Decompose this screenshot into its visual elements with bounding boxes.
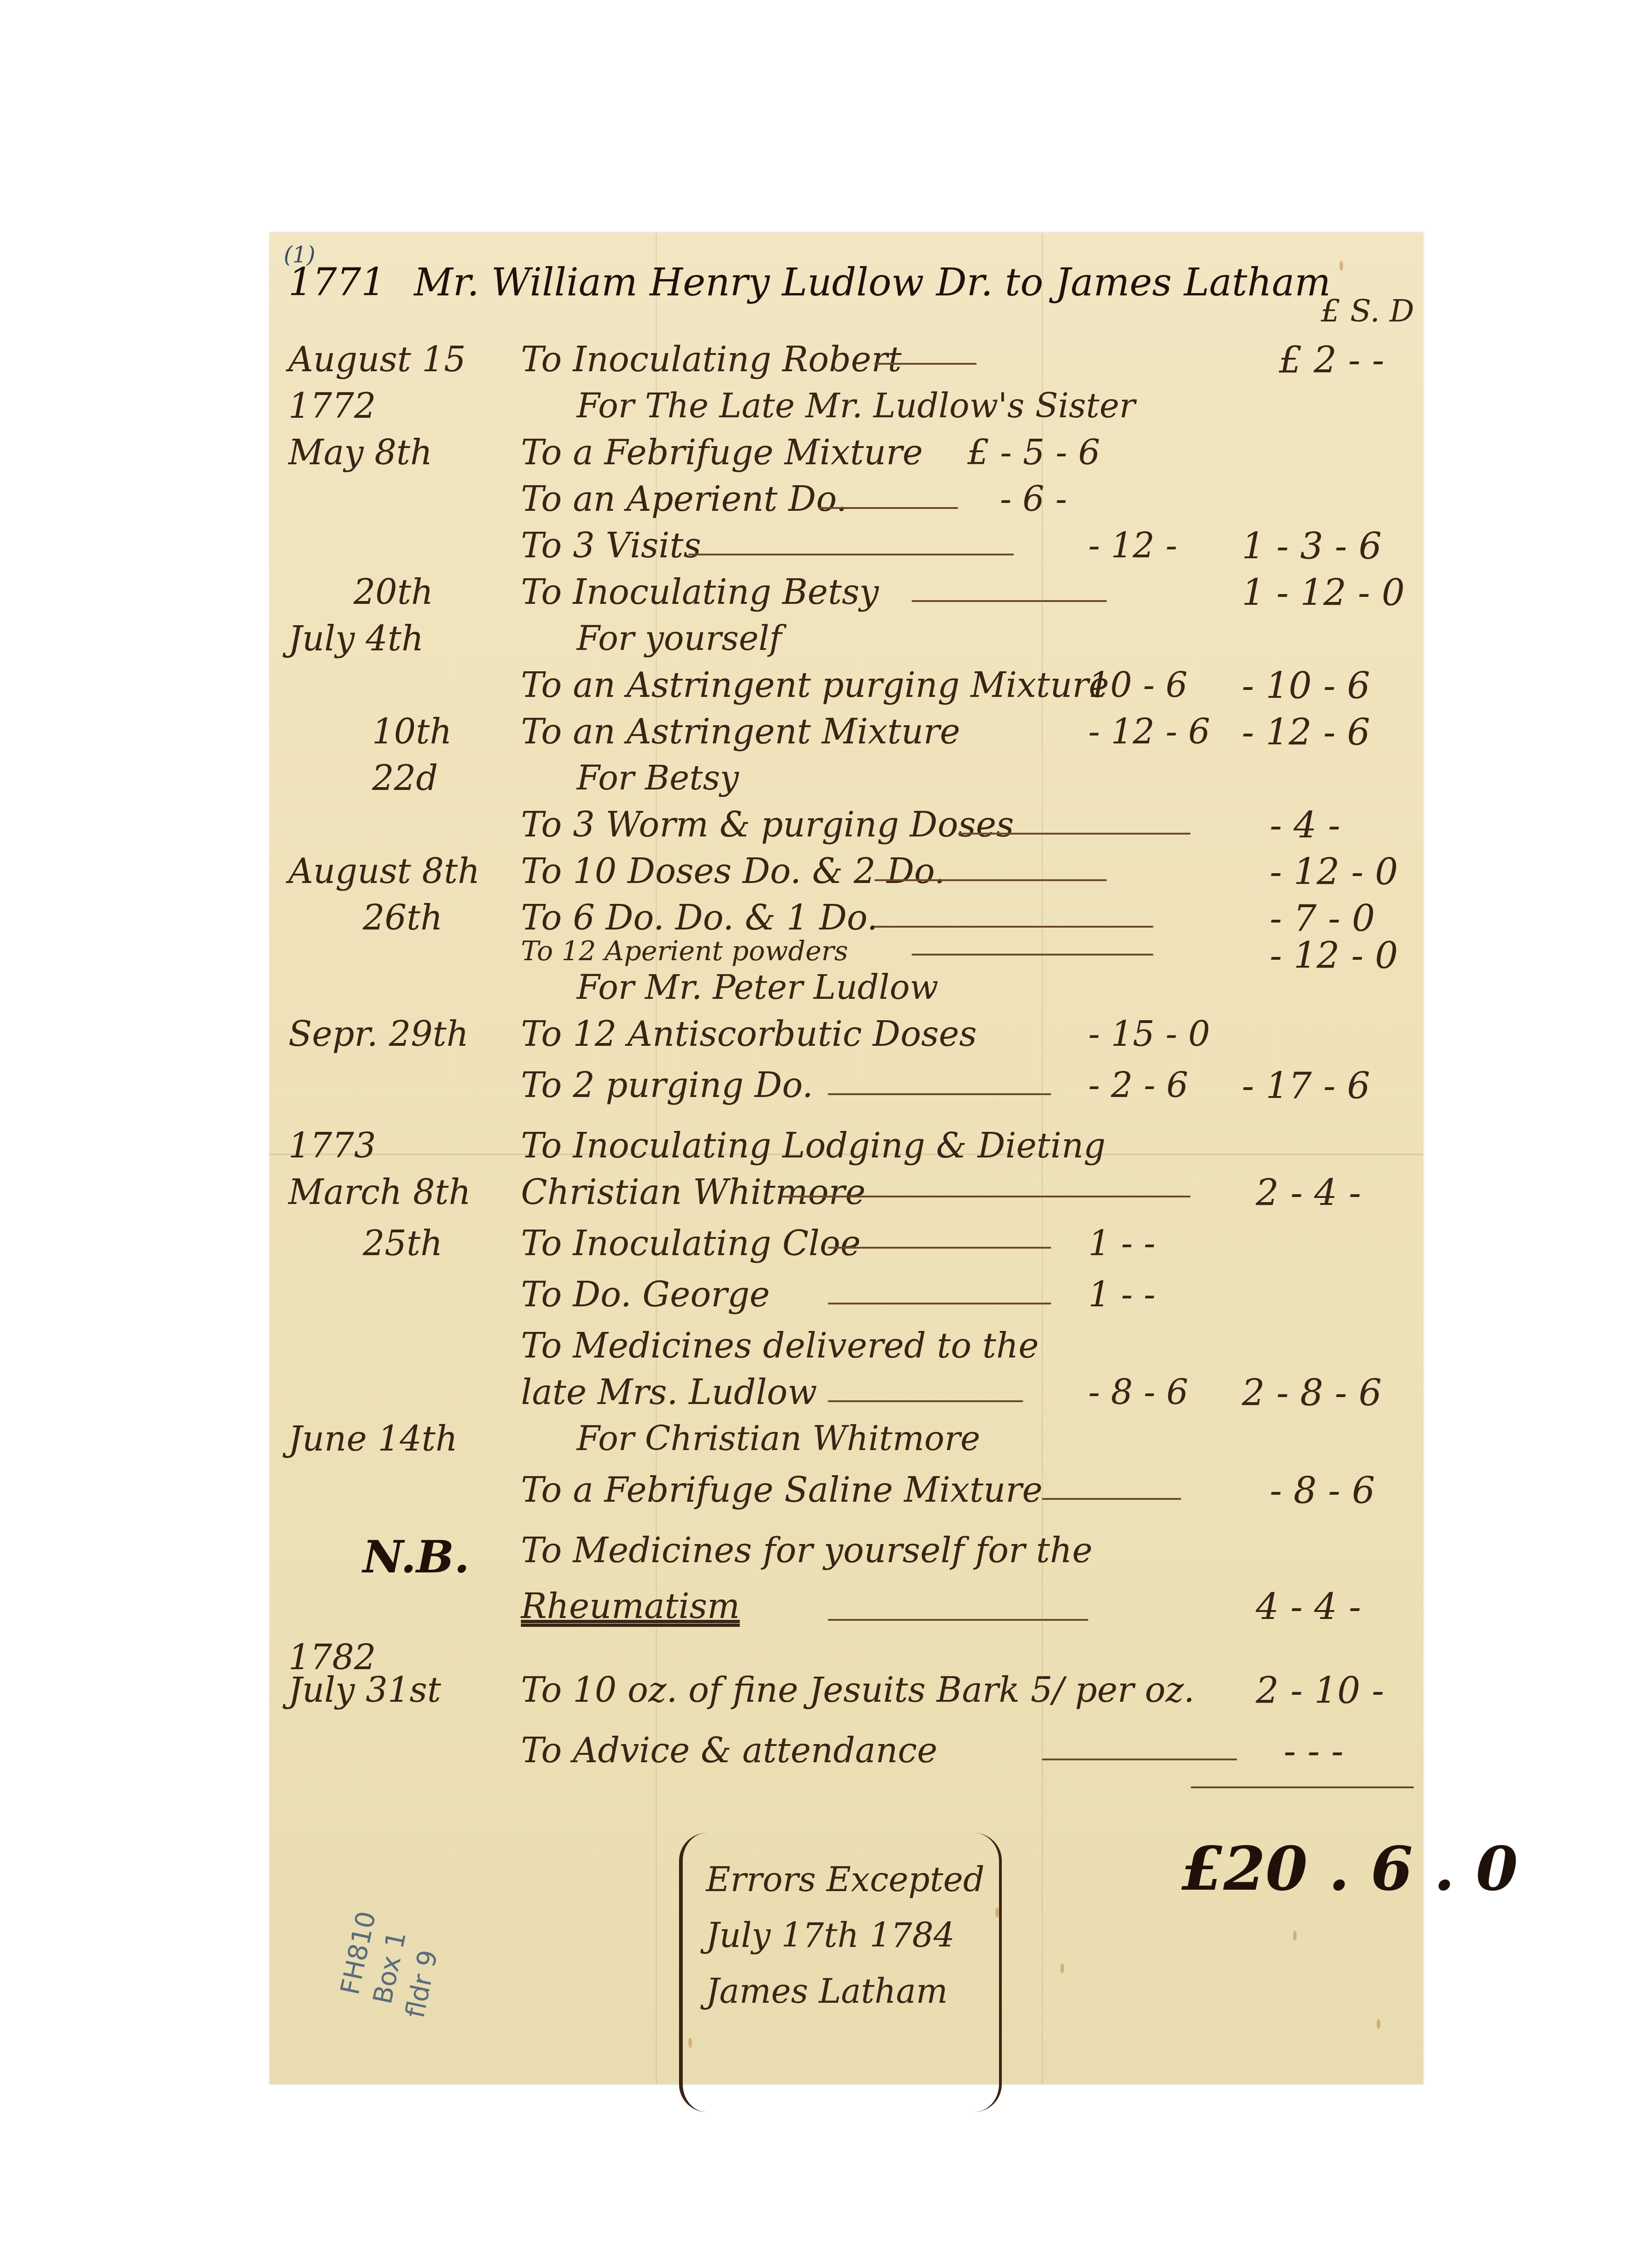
entry-description: To an Aperient Do. [521,479,847,519]
ledger-row: To 3 Worm & purging Doses - 4 - [270,805,1423,851]
leader-line [828,1619,1088,1621]
ledger-row: To Do. George 1 - - [270,1275,1423,1321]
leader-line [688,554,1014,555]
leader-line [828,1303,1051,1304]
entry-date: July 31st [288,1670,441,1710]
entry-amount: - 7 - 0 [1270,898,1375,940]
ledger-row: 20th To Inoculating Betsy 1 - 12 - 0 [270,572,1423,619]
ledger-row: N.B. To Medicines for yourself for the [270,1531,1423,1577]
entry-description: To 12 Aperient powders [521,935,848,967]
entry-subamount: - 12 - [1088,526,1177,566]
ledger-row: To 2 purging Do. - 2 - 6 - 17 - 6 [270,1065,1423,1112]
entry-description: late Mrs. Ludlow [521,1372,817,1412]
ledger-row: To a Febrifuge Saline Mixture - 8 - 6 [270,1470,1423,1517]
entry-description: Rheumatism [521,1586,740,1626]
entry-description: To 6 Do. Do. & 1 Do. [521,898,878,938]
receipt-errors-excepted: Errors Excepted [706,1852,976,1907]
entry-description: To Medicines delivered to the [521,1326,1039,1366]
entry-date: 1773 [288,1126,376,1166]
leader-line [1042,1759,1237,1760]
ledger-row: To an Aperient Do. - 6 - [270,479,1423,526]
entry-description: To Inoculating Betsy [521,572,879,612]
entry-date: Sepr. 29th [288,1014,469,1054]
entry-description: For yourself [577,619,782,658]
entry-date: 10th [372,712,452,752]
entry-description: To 3 Visits [521,526,701,566]
ledger-row: For Mr. Peter Ludlow [270,968,1423,1014]
ledger-row: late Mrs. Ludlow - 8 - 6 2 - 8 - 6 [270,1372,1423,1419]
entry-subamount: 1 - - [1088,1224,1155,1264]
entry-date: 1772 [288,386,376,426]
entry-date: 26th [363,898,443,938]
ledger-row: 22d For Betsy [270,758,1423,805]
entry-amount: - 10 - 6 [1242,665,1370,707]
entry-date: June 14th [288,1419,458,1459]
entry-description: For Mr. Peter Ludlow [577,968,939,1007]
entry-description: To an Astringent Mixture [521,712,960,752]
entry-amount: 2 - 10 - [1256,1670,1384,1712]
entry-date: May 8th [288,433,433,473]
entry-subamount: - 15 - 0 [1088,1014,1210,1054]
entry-description: To Advice & attendance [521,1731,938,1771]
leader-line [874,363,977,365]
ledger-row: June 14th For Christian Whitmore [270,1419,1423,1465]
entry-amount: £ 2 - - [1279,340,1384,381]
ledger-row: 1773 To Inoculating Lodging & Dieting [270,1126,1423,1172]
entry-amount: - 4 - [1270,805,1340,847]
entry-subamount: - 6 - [1000,479,1067,519]
entry-date: August 15 [288,340,466,380]
leader-line [874,926,1153,928]
entry-date: July 4th [288,619,424,659]
manuscript-page: (1) 1771 Mr. William Henry Ludlow Dr. to… [270,233,1423,2084]
entry-description: To a Febrifuge Mixture [521,433,923,473]
entry-description: Christian Whitmore [521,1172,866,1212]
foxing-spot [1377,2019,1380,2029]
ledger-row: July 4th For yourself [270,619,1423,665]
entry-description: To Medicines for yourself for the [521,1531,1092,1571]
leader-line [828,1247,1051,1249]
entry-description: To Inoculating Cloe [521,1224,861,1264]
entry-description: To Inoculating Lodging & Dieting [521,1126,1106,1166]
entry-amount: - 12 - 0 [1270,851,1398,893]
foxing-spot [1293,1931,1297,1941]
bill-total: £20 . 6 . 0 [1181,1833,1518,1904]
entry-description: For The Late Mr. Ludlow's Sister [577,386,1135,425]
receipt-block: Errors Excepted July 17th 1784 James Lat… [679,1833,1002,2112]
ledger-row: 1772 For The Late Mr. Ludlow's Sister [270,386,1423,433]
entry-amount: 1 - 3 - 6 [1242,526,1382,568]
entry-amount: - 8 - 6 [1270,1470,1375,1512]
header-year: 1771 [288,261,386,305]
leader-line [1042,1498,1181,1500]
entry-date: 20th [353,572,433,612]
entry-subamount: - 12 - 6 [1088,712,1210,752]
entry-amount: 1 - 12 - 0 [1242,572,1405,614]
ledger-row: Rheumatism 4 - 4 - [270,1586,1423,1633]
leader-line [828,1400,1023,1402]
entry-description: To Do. George [521,1275,770,1315]
entry-amount: - - - [1284,1731,1344,1772]
ledger-row: March 8th Christian Whitmore 2 - 4 - [270,1172,1423,1219]
entry-description: To 10 Doses Do. & 2 Do. [521,851,945,891]
entry-date: August 8th [288,851,480,891]
entry-description: For Christian Whitmore [577,1419,980,1458]
currency-header: £ S. D [1321,293,1414,329]
entry-date: 22d [372,758,438,798]
entry-description: To a Febrifuge Saline Mixture [521,1470,1042,1510]
entry-description: For Betsy [577,758,739,797]
ledger-row: To Medicines delivered to the [270,1326,1423,1372]
ledger-row: August 15 To Inoculating Robert £ 2 - - [270,340,1423,386]
ledger-row: To an Astringent purging Mixture 10 - 6 … [270,665,1423,712]
document-header: (1) 1771 Mr. William Henry Ludlow Dr. to… [270,233,1423,298]
ledger-row: 10th To an Astringent Mixture - 12 - 6 -… [270,712,1423,758]
leader-line [912,600,1107,602]
entry-subamount: 10 - 6 [1088,665,1187,705]
entry-date: 25th [363,1224,443,1264]
ledger-row: July 31st To 10 oz. of fine Jesuits Bark… [270,1670,1423,1717]
receipt-signature: James Latham [706,1963,976,2019]
entry-subamount: - 2 - 6 [1088,1065,1188,1105]
leader-line [828,1093,1051,1095]
leader-line [912,954,1153,956]
entry-amount: 4 - 4 - [1256,1586,1361,1628]
total-rule [1191,1786,1414,1788]
header-title: Mr. William Henry Ludlow Dr. to James La… [414,261,1331,305]
ledger-row: 25th To Inoculating Cloe 1 - - [270,1224,1423,1270]
entry-amount: - 17 - 6 [1242,1065,1370,1107]
entry-description: To 12 Antiscorbutic Doses [521,1014,977,1054]
entry-subamount: £ - 5 - 6 [967,433,1100,473]
receipt-date: July 17th 1784 [706,1907,976,1963]
leader-line [819,507,958,509]
entry-description: To 2 purging Do. [521,1065,813,1105]
ledger-row: To 3 Visits - 12 - 1 - 3 - 6 [270,526,1423,572]
entry-subamount: - 8 - 6 [1088,1372,1188,1412]
entry-subamount: 1 - - [1088,1275,1155,1315]
foxing-spot [1060,1963,1064,1973]
entry-description: To Inoculating Robert [521,340,902,380]
ledger-row: August 8th To 10 Doses Do. & 2 Do. - 12 … [270,851,1423,898]
entry-amount: - 12 - 6 [1242,712,1370,754]
leader-line [958,833,1191,835]
entry-date: March 8th [288,1172,471,1212]
entry-description: To 3 Worm & purging Doses [521,805,1014,845]
entry-amount: 2 - 4 - [1256,1172,1361,1214]
entry-description: To 10 oz. of fine Jesuits Bark 5/ per oz… [521,1670,1195,1710]
ledger-row: May 8th To a Febrifuge Mixture £ - 5 - 6 [270,433,1423,479]
ledger-row: Sepr. 29th To 12 Antiscorbutic Doses - 1… [270,1014,1423,1061]
ledger-row: To Advice & attendance - - - [270,1731,1423,1777]
nota-bene-label: N.B. [363,1531,470,1583]
leader-line [874,879,1107,881]
leader-line [781,1196,1191,1197]
entry-description: To an Astringent purging Mixture [521,665,1109,705]
entry-amount: 2 - 8 - 6 [1242,1372,1382,1414]
